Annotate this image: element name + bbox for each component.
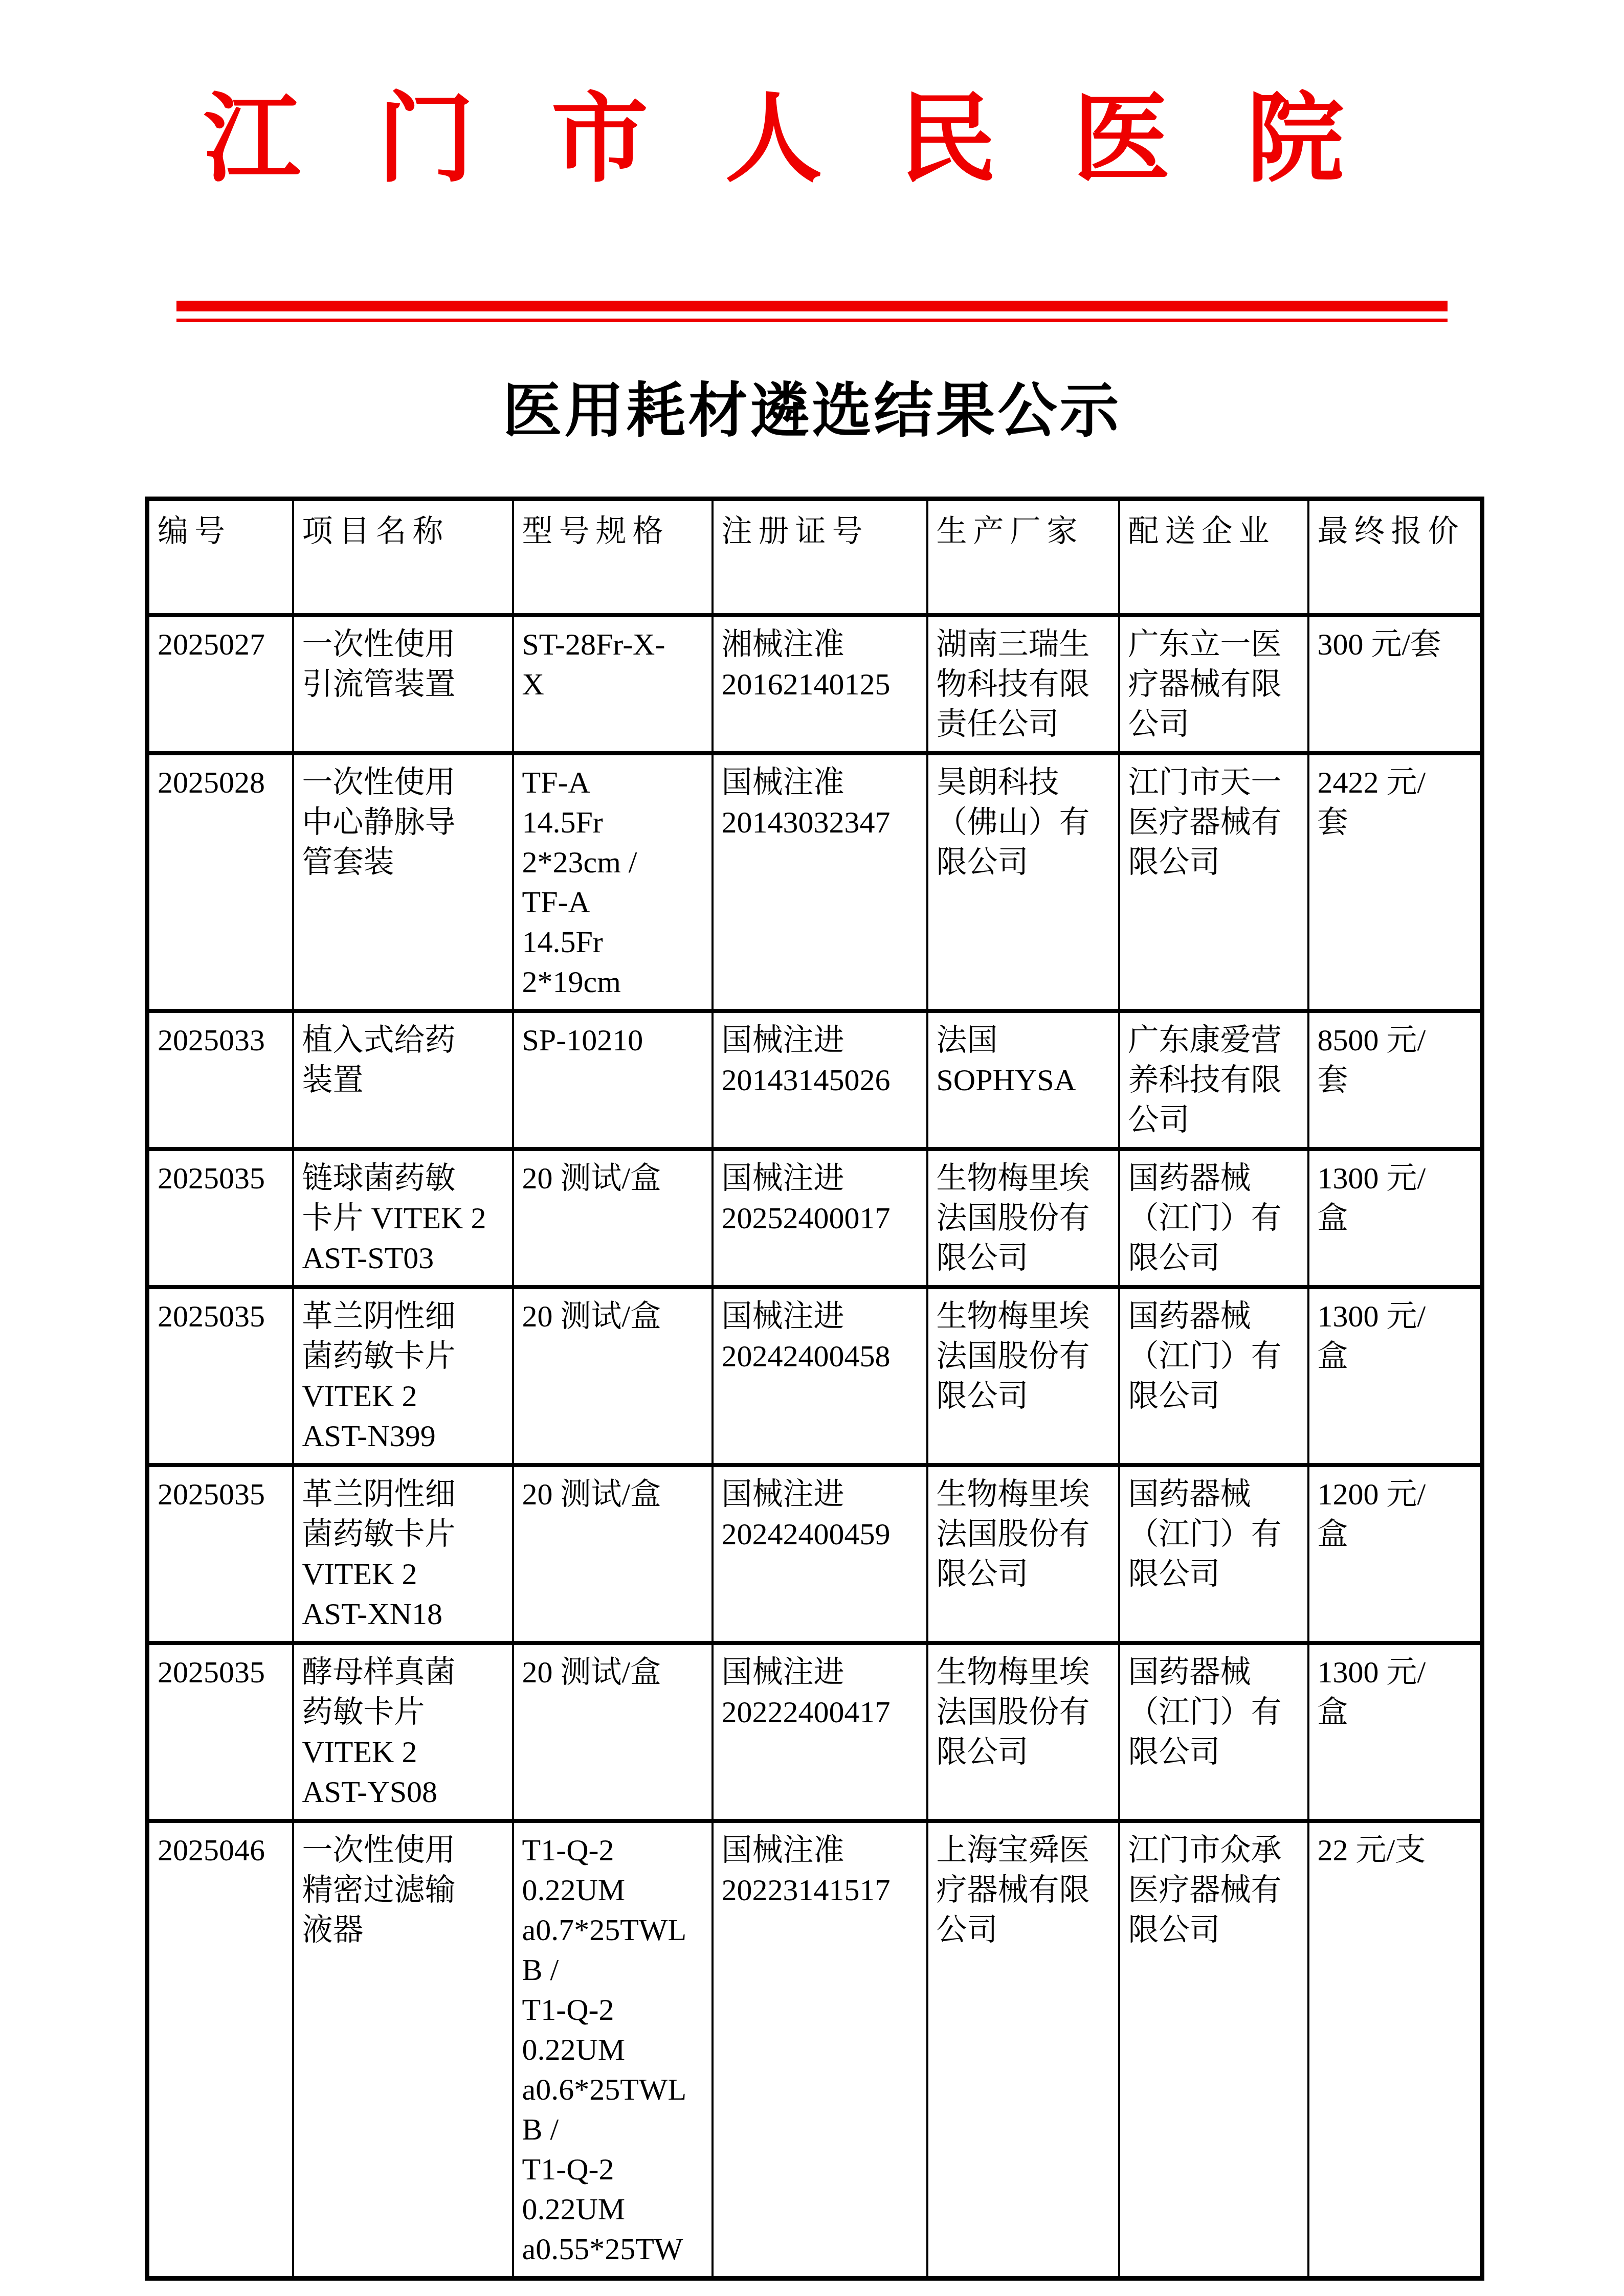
cell-distributor: 国药器械 （江门）有 限公司: [1119, 1149, 1308, 1287]
cell-id: 2025035: [147, 1465, 293, 1643]
cell-name: 链球菌药敏 卡片 VITEK 2 AST-ST03: [293, 1149, 513, 1287]
cell-price: 22 元/支: [1308, 1821, 1482, 2279]
cell-spec: 20 测试/盒: [513, 1149, 713, 1287]
cell-manufacturer: 法国 SOPHYSA: [927, 1011, 1119, 1149]
cell-price: 300 元/套: [1308, 615, 1482, 753]
column-header-spec: 型号规格: [513, 499, 713, 615]
cell-cert: 国械注进 20252400017: [713, 1149, 927, 1287]
table-row: 2025028 一次性使用 中心静脉导 管套装 TF-A 14.5Fr 2*23…: [147, 753, 1482, 1011]
cell-distributor: 国药器械 （江门）有 限公司: [1119, 1287, 1308, 1465]
cell-distributor: 江门市天一 医疗器械有 限公司: [1119, 753, 1308, 1011]
cell-price: 1200 元/ 盒: [1308, 1465, 1482, 1643]
cell-manufacturer: 昊朗科技 （佛山）有 限公司: [927, 753, 1119, 1011]
cell-cert: 国械注准 20143032347: [713, 753, 927, 1011]
cell-id: 2025046: [147, 1821, 293, 2279]
cell-price: 1300 元/ 盒: [1308, 1149, 1482, 1287]
cell-price: 2422 元/ 套: [1308, 753, 1482, 1011]
cell-name: 一次性使用 精密过滤输 液器: [293, 1821, 513, 2279]
page-title: 医用耗材遴选结果公示: [0, 373, 1624, 451]
cell-spec: ST-28Fr-X- X: [513, 615, 713, 753]
cell-name: 革兰阴性细 菌药敏卡片 VITEK 2 AST-XN18: [293, 1465, 513, 1643]
cell-id: 2025027: [147, 615, 293, 753]
table-row: 2025027 一次性使用 引流管装置 ST-28Fr-X- X 湘械注准 20…: [147, 615, 1482, 753]
cell-manufacturer: 上海宝舜医 疗器械有限 公司: [927, 1821, 1119, 2279]
cell-price: 1300 元/ 盒: [1308, 1643, 1482, 1821]
cell-manufacturer: 生物梅里埃 法国股份有 限公司: [927, 1465, 1119, 1643]
table-row: 2025035 革兰阴性细 菌药敏卡片 VITEK 2 AST-N399 20 …: [147, 1287, 1482, 1465]
cell-manufacturer: 生物梅里埃 法国股份有 限公司: [927, 1287, 1119, 1465]
column-header-distributor: 配送企业: [1119, 499, 1308, 615]
cell-name: 酵母样真菌 药敏卡片 VITEK 2 AST-YS08: [293, 1643, 513, 1821]
cell-spec: 20 测试/盒: [513, 1465, 713, 1643]
cell-spec: 20 测试/盒: [513, 1643, 713, 1821]
cell-id: 2025033: [147, 1011, 293, 1149]
cell-distributor: 国药器械 （江门）有 限公司: [1119, 1465, 1308, 1643]
cell-id: 2025035: [147, 1149, 293, 1287]
cell-cert: 国械注进 20242400458: [713, 1287, 927, 1465]
cell-spec: TF-A 14.5Fr 2*23cm / TF-A 14.5Fr 2*19cm: [513, 753, 713, 1011]
cell-distributor: 江门市众承 医疗器械有 限公司: [1119, 1821, 1308, 2279]
cell-id: 2025035: [147, 1287, 293, 1465]
cell-manufacturer: 生物梅里埃 法国股份有 限公司: [927, 1643, 1119, 1821]
table-row: 2025035 酵母样真菌 药敏卡片 VITEK 2 AST-YS08 20 测…: [147, 1643, 1482, 1821]
table-row: 2025046 一次性使用 精密过滤输 液器 T1-Q-2 0.22UM a0.…: [147, 1821, 1482, 2279]
cell-manufacturer: 湖南三瑞生 物科技有限 责任公司: [927, 615, 1119, 753]
table-header-row: 编号 项目名称 型号规格 注册证号 生产厂家 配送企业 最终报价: [147, 499, 1482, 615]
cell-id: 2025028: [147, 753, 293, 1011]
table-row: 2025035 链球菌药敏 卡片 VITEK 2 AST-ST03 20 测试/…: [147, 1149, 1482, 1287]
cell-distributor: 广东立一医 疗器械有限 公司: [1119, 615, 1308, 753]
cell-name: 一次性使用 引流管装置: [293, 615, 513, 753]
cell-distributor: 国药器械 （江门）有 限公司: [1119, 1643, 1308, 1821]
letterhead: 江门市人民医院: [0, 82, 1624, 322]
letterhead-rule-thin: [176, 319, 1448, 322]
cell-cert: 国械注进 20222400417: [713, 1643, 927, 1821]
cell-distributor: 广东康爱营 养科技有限 公司: [1119, 1011, 1308, 1149]
cell-spec: 20 测试/盒: [513, 1287, 713, 1465]
cell-name: 植入式给药 装置: [293, 1011, 513, 1149]
table-row: 2025033 植入式给药 装置 SP-10210 国械注进 201431450…: [147, 1011, 1482, 1149]
table-header: 编号 项目名称 型号规格 注册证号 生产厂家 配送企业 最终报价: [147, 499, 1482, 615]
table-row: 2025035 革兰阴性细 菌药敏卡片 VITEK 2 AST-XN18 20 …: [147, 1465, 1482, 1643]
column-header-price: 最终报价: [1308, 499, 1482, 615]
column-header-id: 编号: [147, 499, 293, 615]
cell-cert: 国械注进 20143145026: [713, 1011, 927, 1149]
cell-id: 2025035: [147, 1643, 293, 1821]
results-table: 编号 项目名称 型号规格 注册证号 生产厂家 配送企业 最终报价 2025027…: [145, 497, 1484, 2281]
cell-spec: T1-Q-2 0.22UM a0.7*25TWL B / T1-Q-2 0.22…: [513, 1821, 713, 2279]
cell-manufacturer: 生物梅里埃 法国股份有 限公司: [927, 1149, 1119, 1287]
cell-name: 革兰阴性细 菌药敏卡片 VITEK 2 AST-N399: [293, 1287, 513, 1465]
hospital-name: 江门市人民医院: [0, 82, 1624, 198]
table-body: 2025027 一次性使用 引流管装置 ST-28Fr-X- X 湘械注准 20…: [147, 615, 1482, 2279]
cell-price: 8500 元/ 套: [1308, 1011, 1482, 1149]
cell-cert: 国械注进 20242400459: [713, 1465, 927, 1643]
cell-cert: 国械注准 20223141517: [713, 1821, 927, 2279]
column-header-manufacturer: 生产厂家: [927, 499, 1119, 615]
cell-price: 1300 元/ 盒: [1308, 1287, 1482, 1465]
letterhead-rule-thick: [176, 301, 1448, 311]
cell-spec: SP-10210: [513, 1011, 713, 1149]
cell-name: 一次性使用 中心静脉导 管套装: [293, 753, 513, 1011]
column-header-cert: 注册证号: [713, 499, 927, 615]
column-header-name: 项目名称: [293, 499, 513, 615]
cell-cert: 湘械注准 20162140125: [713, 615, 927, 753]
